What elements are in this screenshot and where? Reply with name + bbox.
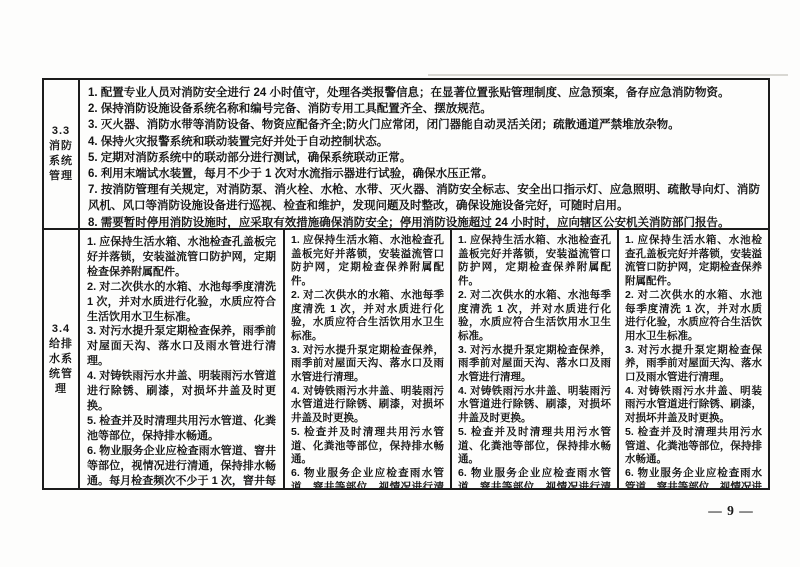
list-item: 4. 对铸铁雨污水井盖、明装雨污水管道进行除锈、刷漆，对损坏井盖及时更换。: [625, 385, 762, 426]
list-item: 1. 应保持生活水箱、水池检查孔盖板完好并落锁，安装溢流管口防护网，定期检查保养…: [291, 234, 444, 289]
list-item: 5. 检查并及时清理共用污水管道、化粪池等部位，保持排水畅通。: [625, 426, 762, 467]
list-item: 理: [55, 382, 67, 397]
list-item: 4. 对铸铁雨污水井盖、明装雨污水管道进行除锈、刷漆，对损坏井盖及时更换。: [291, 385, 444, 426]
list-item: 3.4: [52, 322, 70, 337]
list-item: 6. 物业服务企业应检查雨水管道、窨井等部位，视情况进行清通，保持排水畅通。每月…: [87, 444, 276, 488]
list-item: 4. 保持火灾报警系统和联动装置完好并处于自动控制状态。: [88, 134, 760, 150]
water-requirements-cell-level-2: 1. 应保持生活水箱、水池检查孔盖板完好并落锁，安装溢流管口防护网，定期检查保养…: [285, 230, 452, 488]
property-standards-table: 3.3消防系统管理 1. 配置专业人员对消防安全进行 24 小时值守，处理各类报…: [42, 78, 770, 490]
list-item: 5. 检查并及时清理共用污水管道、化粪池等部位，保持排水畅通。: [291, 426, 444, 467]
list-item: 3.3: [52, 124, 70, 139]
row-header-fire-system-management: 3.3消防系统管理: [44, 80, 80, 230]
list-item: 6. 物业服务企业应检查雨水管道、窨井等部位，视情况进行清通，保持排水畅通。每半…: [458, 467, 611, 488]
list-item: 系统: [49, 154, 73, 169]
list-item: 1. 应保持生活水箱、水池检查孔盖板完好并落锁，安装溢流管口防护网，定期检查保养…: [458, 234, 611, 289]
list-item: 3. 灭火器、消防水带等消防设备、物资应配备齐全;防火门应常闭，闭门器能自动灵活…: [88, 117, 760, 133]
list-item: 2. 对二次供水的水箱、水池每季度清洗 1 次，并对水质进行化验，水质应符合生活…: [291, 289, 444, 344]
list-item: 管理: [49, 169, 73, 184]
list-item: 2. 对二次供水的水箱、水池每季度清洗 1 次，并对水质进行化验，水质应符合生活…: [458, 289, 611, 344]
row-header-water-drainage-management: 3.4给排水系统管理: [44, 230, 80, 488]
list-item: 3. 对污水提升泵定期检查保养，雨季前对屋面天沟、落水口及雨水管进行清理。: [87, 324, 276, 369]
list-item: 3. 对污水提升泵定期检查保养，雨季前对屋面天沟、落水口及雨水管进行清理。: [625, 344, 762, 385]
list-item: 2. 对二次供水的水箱、水池每季度清洗 1 次，并对水质进行化验，水质应符合生活…: [87, 280, 276, 325]
water-requirements-cell-level-3: 1. 应保持生活水箱、水池检查孔盖板完好并落锁，安装溢流管口防护网，定期检查保养…: [452, 230, 619, 488]
list-item: 1. 配置专业人员对消防安全进行 24 小时值守，处理各类报警信息；在显著位置张…: [88, 85, 760, 101]
list-item: 5. 定期对消防系统中的联动部分进行测试，确保系统联动正常。: [88, 150, 760, 166]
water-requirements-cell-level-4: 1. 应保持生活水箱、水池检查孔盖板完好并落锁，安装溢流管口防护网，定期检查保养…: [619, 230, 768, 488]
list-item: 1. 应保持生活水箱、水池检查孔盖板完好并落锁，安装溢流管口防护网，定期检查保养…: [625, 234, 762, 289]
list-item: 水系: [49, 352, 73, 367]
list-item: 5. 检查并及时清理共用污水管道、化粪池等部位，保持排水畅通。: [458, 426, 611, 467]
list-item: 8. 需要暂时停用消防设施时，应采取有效措施确保消防安全；停用消防设施超过 24…: [88, 215, 760, 230]
list-item: 4. 对铸铁雨污水井盖、明装雨污水管道进行除锈、刷漆，对损坏井盖及时更换。: [458, 385, 611, 426]
list-item: 7. 按消防管理有关规定，对消防泵、消火栓、水枪、水带、灭火器、消防安全标志、安…: [88, 182, 760, 214]
list-item: 6. 物业服务企业应检查雨水管道、窨井等部位，视情况进行清通，保持排水畅通。每年…: [625, 467, 762, 488]
fire-system-requirements-cell: 1. 配置专业人员对消防安全进行 24 小时值守，处理各类报警信息；在显著位置张…: [80, 80, 768, 230]
list-item: 4. 对铸铁雨污水井盖、明装雨污水管道进行除锈、刷漆，对损坏井盖及时更换。: [87, 369, 276, 414]
water-requirements-cell-level-1: 1. 应保持生活水箱、水池检查孔盖板完好并落锁，安装溢流管口防护网，定期检查保养…: [80, 230, 285, 488]
list-item: 消防: [49, 139, 73, 154]
page-number: — 9 —: [688, 503, 774, 519]
list-item: 给排: [49, 337, 73, 352]
scan-artifact-line: [428, 74, 788, 76]
list-item: 5. 检查并及时清理共用污水管道、化粪池等部位，保持排水畅通。: [87, 414, 276, 444]
list-item: 2. 保持消防设施设备系统名称和编号完备、消防专用工具配置齐全、摆放规范。: [88, 101, 760, 117]
list-item: 2. 对二次供水的水箱、水池每季度清洗 1 次，并对水质进行化验，水质应符合生活…: [625, 289, 762, 344]
list-item: 3. 对污水提升泵定期检查保养，雨季前对屋面天沟、落水口及雨水管进行清理。: [291, 344, 444, 385]
list-item: 3. 对污水提升泵定期检查保养，雨季前对屋面天沟、落水口及雨水管进行清理。: [458, 344, 611, 385]
list-item: 6. 物业服务企业应检查雨水管道、窨井等部位，视情况进行清通，保持排水畅通。每季…: [291, 467, 444, 488]
list-item: 统管: [49, 367, 73, 382]
list-item: 6. 利用末端试水装置，每月不少于 1 次对水流指示器进行试验，确保水压正常。: [88, 166, 760, 182]
list-item: 1. 应保持生活水箱、水池检查孔盖板完好并落锁，安装溢流管口防护网，定期检查保养…: [87, 235, 276, 280]
scanned-page: 3.3消防系统管理 1. 配置专业人员对消防安全进行 24 小时值守，处理各类报…: [0, 0, 800, 567]
